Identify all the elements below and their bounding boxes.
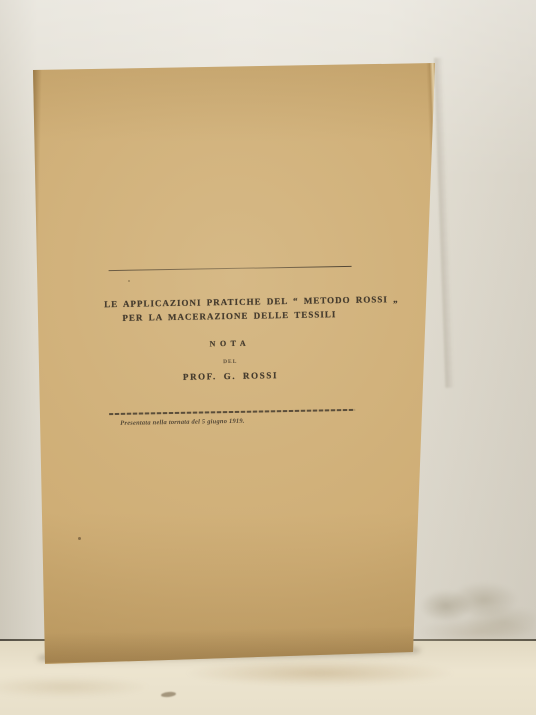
top-rule	[109, 266, 352, 271]
cover-title-block: LE APPLICAZIONI PRATICHE DEL “ METODO RO…	[103, 260, 356, 439]
bottom-rule	[109, 409, 355, 415]
presentation-note: Presentata nella tornata del 5 giugno 19…	[120, 416, 350, 427]
wall-stain	[418, 572, 536, 642]
cover-nota: NOTA	[105, 337, 355, 350]
booklet-cover: LE APPLICAZIONI PRATICHE DEL “ METODO RO…	[25, 55, 443, 673]
floor-smudge	[185, 660, 455, 686]
cover-author: PROF. G. ROSSI	[105, 369, 355, 383]
cover-title-line1: LE APPLICAZIONI PRATICHE DEL “ METODO RO…	[104, 295, 354, 309]
cover-byline-prefix: DEL	[105, 357, 355, 367]
cover-title-line2: PER LA MACERAZIONE DELLE TESSILI	[104, 309, 354, 323]
photo-of-booklet: LE APPLICAZIONI PRATICHE DEL “ METODO RO…	[0, 0, 536, 715]
paper-speck	[78, 537, 81, 540]
